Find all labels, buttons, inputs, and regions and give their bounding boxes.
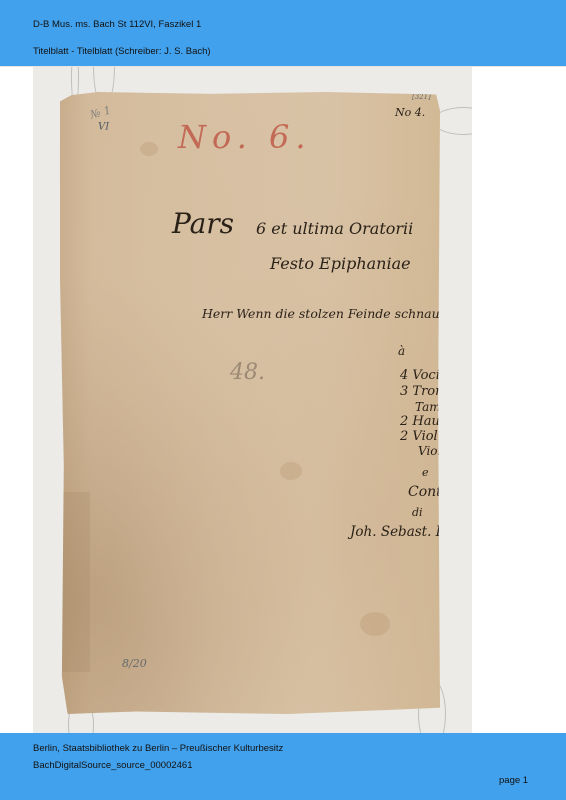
red-number: No. 6.: [178, 118, 312, 156]
continuo: Continuo: [408, 484, 472, 500]
instrument-2: Tamburi: [415, 400, 466, 414]
instrument-0: 4 Voci.: [400, 368, 444, 383]
bottom-pencil-mark: 8/20: [122, 657, 147, 670]
top-right-number: No 4.: [395, 106, 425, 119]
title-line2: Festo Epiphaniae: [270, 254, 411, 273]
stain: [280, 462, 302, 480]
stain: [360, 612, 390, 636]
library-credit: Berlin, Staatsbibliothek zu Berlin – Pre…: [33, 743, 283, 754]
faint-number: 48.: [230, 360, 265, 385]
stain: [140, 142, 158, 156]
header-banner: D-B Mus. ms. Bach St 112VI, Faszikel 1 T…: [0, 0, 566, 66]
footer-banner: Berlin, Staatsbibliothek zu Berlin – Pre…: [0, 733, 566, 800]
instrument-3: 2 Hautbois: [400, 414, 472, 429]
a-word: à: [398, 344, 405, 358]
instrument-4: 2 Violini: [400, 429, 454, 444]
page-number: page 1: [499, 775, 528, 786]
document-title: D-B Mus. ms. Bach St 112VI, Faszikel 1: [33, 19, 201, 30]
title-page-paper: № 1 VI No. 6. No 4. [321] Pars 6 et ulti…: [60, 92, 440, 714]
shelfmark-superscript: VI: [98, 121, 109, 132]
top-right-bracket: [321]: [412, 93, 431, 101]
stain: [60, 492, 90, 672]
instrument-5: Viola: [418, 444, 449, 458]
document-subtitle: Titelblatt - Titelblatt (Schreiber: J. S…: [33, 46, 211, 57]
e-word: e: [422, 466, 429, 479]
signature: Joh. Sebast. Bach: [350, 524, 470, 540]
source-id: BachDigitalSource_source_00002461: [33, 760, 193, 771]
manuscript-scan: № 1 VI No. 6. No 4. [321] Pars 6 et ulti…: [33, 67, 472, 733]
di-word: di: [412, 506, 423, 519]
title-line1: 6 et ultima Oratorii: [256, 219, 413, 238]
instrument-1: 3 Trombe: [400, 384, 463, 399]
shelfmark: VI: [98, 118, 109, 142]
title-pars: Pars: [172, 207, 234, 240]
title-line3: Herr Wenn die stolzen Feinde schnauben: [202, 306, 463, 321]
